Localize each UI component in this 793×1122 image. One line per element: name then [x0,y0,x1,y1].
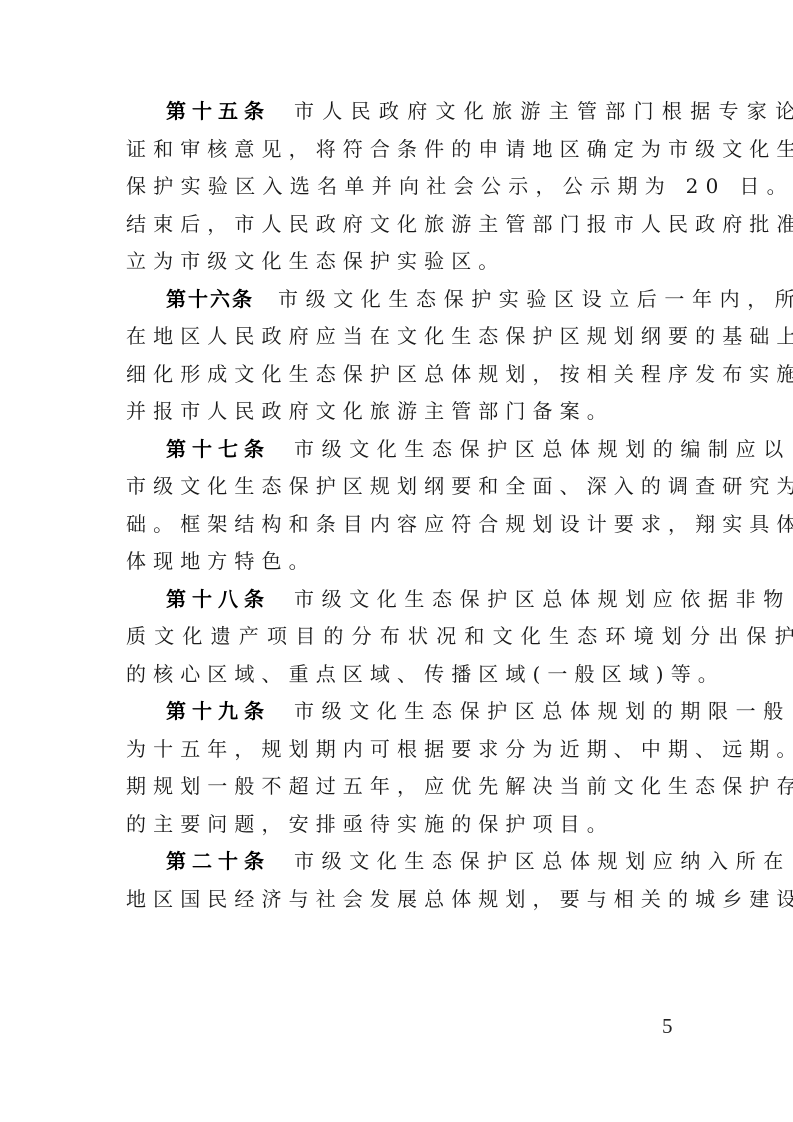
article-18-heading: 第十八条 [166,587,270,611]
article-17-text: 市级文化生态保护区总体规划的编制应以 [294,437,791,461]
article-20-text: 市级文化生态保护区总体规划应纳入所在 [294,849,791,873]
article-17-line-3: 础。框架结构和条目内容应符合规划设计要求，翔实具体， [126,506,686,544]
article-18-line-2: 质文化遗产项目的分布状况和文化生态环境划分出保护区 [126,618,686,656]
page-number: 5 [662,1014,673,1039]
article-15-text: 市人民政府文化旅游主管部门根据专家论 [294,99,793,123]
article-17-heading: 第十七条 [166,437,270,461]
article-19-line-3: 期规划一般不超过五年，应优先解决当前文化生态保护存在 [126,768,686,806]
article-15-line-3: 保护实验区入选名单并向社会公示，公示期为 20 日。公示 [126,168,686,206]
article-18-text: 市级文化生态保护区总体规划应依据非物 [294,587,791,611]
article-20-heading: 第二十条 [166,849,270,873]
article-16-line-4: 并报市人民政府文化旅游主管部门备案。 [126,393,686,431]
article-19-line-1: 第十九条市级文化生态保护区总体规划的期限一般 [126,693,686,731]
article-17-line-2: 市级文化生态保护区规划纲要和全面、深入的调查研究为基 [126,468,686,506]
article-18-line-3: 的核心区域、重点区域、传播区域(一般区域)等。 [126,656,686,694]
document-page: 第十五条市人民政府文化旅游主管部门根据专家论 证和审核意见，将符合条件的申请地区… [0,0,793,1122]
article-16-heading: 第十六条 [166,287,254,311]
article-15-line-2: 证和审核意见，将符合条件的申请地区确定为市级文化生态 [126,131,686,169]
article-19-text: 市级文化生态保护区总体规划的期限一般 [294,699,791,723]
article-16-line-3: 细化形成文化生态保护区总体规划，按相关程序发布实施， [126,356,686,394]
article-16-text: 市级文化生态保护实验区设立后一年内，所 [278,287,793,311]
article-15-line-4: 结束后，市人民政府文化旅游主管部门报市人民政府批准设 [126,206,686,244]
article-15-heading: 第十五条 [166,99,270,123]
article-20-line-1: 第二十条市级文化生态保护区总体规划应纳入所在 [126,843,686,881]
article-19-heading: 第十九条 [166,699,270,723]
article-15-line-5: 立为市级文化生态保护实验区。 [126,243,686,281]
article-19-line-2: 为十五年，规划期内可根据要求分为近期、中期、远期。近 [126,731,686,769]
article-18-line-1: 第十八条市级文化生态保护区总体规划应依据非物 [126,581,686,619]
document-body: 第十五条市人民政府文化旅游主管部门根据专家论 证和审核意见，将符合条件的申请地区… [126,93,686,918]
article-16-line-1: 第十六条市级文化生态保护实验区设立后一年内，所 [126,281,686,319]
article-17-line-1: 第十七条市级文化生态保护区总体规划的编制应以 [126,431,686,469]
article-15-line-1: 第十五条市人民政府文化旅游主管部门根据专家论 [126,93,686,131]
article-17-line-4: 体现地方特色。 [126,543,686,581]
article-19-line-4: 的主要问题，安排亟待实施的保护项目。 [126,806,686,844]
article-20-line-2: 地区国民经济与社会发展总体规划，要与相关的城乡建设、 [126,881,686,919]
article-16-line-2: 在地区人民政府应当在文化生态保护区规划纲要的基础上， [126,318,686,356]
